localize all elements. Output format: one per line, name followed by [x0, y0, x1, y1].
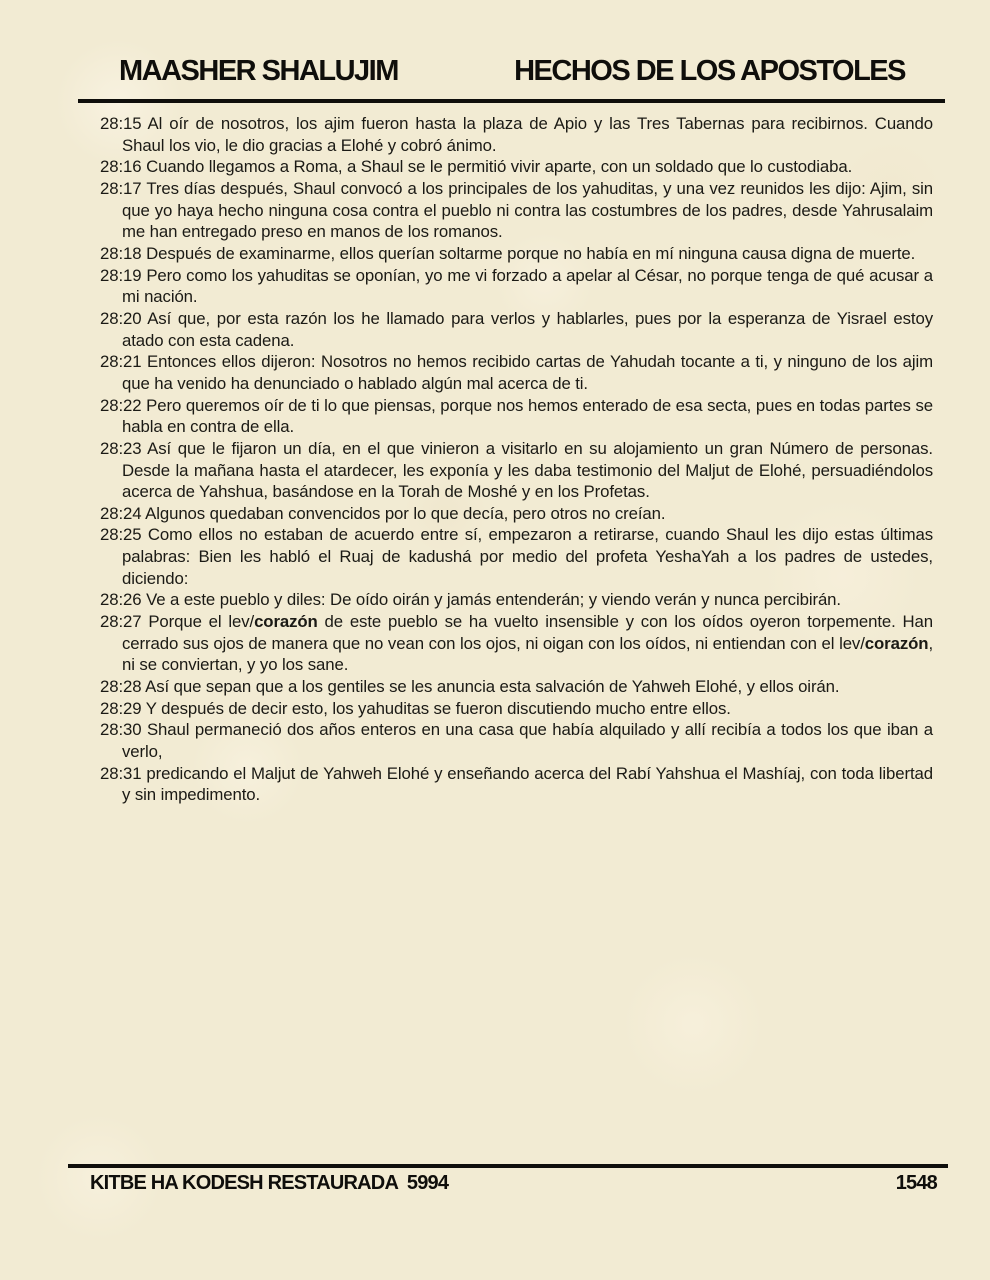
verse-text: predicando el Maljut de Yahweh Elohé y e… [122, 764, 933, 805]
verse-ref: 28:20 [100, 309, 147, 328]
verse-ref: 28:31 [100, 764, 146, 783]
verse: 28:18 Después de examinarme, ellos querí… [100, 243, 933, 265]
verse-text: Pero queremos oír de ti lo que piensas, … [122, 396, 933, 437]
footer-page-number: 1548 [896, 1172, 937, 1195]
verse-text: Así que sepan que a los gentiles se les … [145, 677, 839, 696]
verse-text: Como ellos no estaban de acuerdo entre s… [122, 525, 933, 587]
verse-bold-text: corazón [865, 634, 929, 653]
verse-list: 28:15 Al oír de nosotros, los ajim fuero… [100, 113, 933, 806]
verse: 28:31 predicando el Maljut de Yahweh Elo… [100, 763, 933, 806]
verse: 28:16 Cuando llegamos a Roma, a Shaul se… [100, 156, 933, 178]
verse-text: Pero como los yahuditas se oponían, yo m… [122, 266, 933, 307]
verse-ref: 28:19 [100, 266, 146, 285]
verse-ref: 28:18 [100, 244, 146, 263]
page-header: MAASHER SHALUJIM HECHOS DE LOS APOSTOLES [119, 55, 905, 88]
verse: 28:27 Porque el lev/corazón de este pueb… [100, 611, 933, 676]
verse-ref: 28:21 [100, 352, 147, 371]
verse: 28:19 Pero como los yahuditas se oponían… [100, 265, 933, 308]
verse-ref: 28:28 [100, 677, 145, 696]
verse: 28:29 Y después de decir esto, los yahud… [100, 698, 933, 720]
verse-text: Tres días después, Shaul convocó a los p… [122, 179, 933, 241]
verse-text: Porque el lev/ [148, 612, 254, 631]
verse-ref: 28:30 [100, 720, 147, 739]
verse-text: Shaul permaneció dos años enteros en una… [122, 720, 933, 761]
verse: 28:22 Pero queremos oír de ti lo que pie… [100, 395, 933, 438]
verse-ref: 28:16 [100, 157, 146, 176]
scripture-page: MAASHER SHALUJIM HECHOS DE LOS APOSTOLES… [0, 0, 990, 1280]
verse-text: Y después de decir esto, los yahuditas s… [146, 699, 731, 718]
header-book-title-right: HECHOS DE LOS APOSTOLES [514, 55, 905, 88]
verse: 28:28 Así que sepan que a los gentiles s… [100, 676, 933, 698]
verse: 28:25 Como ellos no estaban de acuerdo e… [100, 524, 933, 589]
verse-ref: 28:23 [100, 439, 147, 458]
verse: 28:23 Así que le fijaron un día, en el q… [100, 438, 933, 503]
verse-ref: 28:15 [100, 114, 148, 133]
verse-ref: 28:29 [100, 699, 146, 718]
verse-text: Cuando llegamos a Roma, a Shaul se le pe… [146, 157, 852, 176]
verse-text: Al oír de nosotros, los ajim fueron hast… [122, 114, 933, 155]
verse: 28:20 Así que, por esta razón los he lla… [100, 308, 933, 351]
verse-text: Así que le fijaron un día, en el que vin… [122, 439, 933, 501]
verse-text: Así que, por esta razón los he llamado p… [122, 309, 933, 350]
verse-text: Ve a este pueblo y diles: De oído oirán … [146, 590, 841, 609]
verse-text: Después de examinarme, ellos querían sol… [146, 244, 915, 263]
verse-ref: 28:22 [100, 396, 146, 415]
verse: 28:21 Entonces ellos dijeron: Nosotros n… [100, 351, 933, 394]
verse: 28:17 Tres días después, Shaul convocó a… [100, 178, 933, 243]
header-book-title-left: MAASHER SHALUJIM [119, 55, 398, 88]
verse-ref: 28:25 [100, 525, 148, 544]
verse-bold-text: corazón [254, 612, 318, 631]
verse: 28:24 Algunos quedaban convencidos por l… [100, 503, 933, 525]
footer-rule [68, 1164, 948, 1168]
verse-ref: 28:27 [100, 612, 148, 631]
verse-ref: 28:17 [100, 179, 146, 198]
page-footer: KITBE HA KODESH RESTAURADA 5994 1548 [90, 1172, 937, 1195]
verse-text: Entonces ellos dijeron: Nosotros no hemo… [122, 352, 933, 393]
verse-ref: 28:24 [100, 504, 145, 523]
footer-edition-title: KITBE HA KODESH RESTAURADA 5994 [90, 1172, 448, 1195]
verse: 28:26 Ve a este pueblo y diles: De oído … [100, 589, 933, 611]
verse-text: Algunos quedaban convencidos por lo que … [145, 504, 665, 523]
verse-ref: 28:26 [100, 590, 146, 609]
header-rule [78, 99, 945, 103]
verse: 28:30 Shaul permaneció dos años enteros … [100, 719, 933, 762]
verse: 28:15 Al oír de nosotros, los ajim fuero… [100, 113, 933, 156]
